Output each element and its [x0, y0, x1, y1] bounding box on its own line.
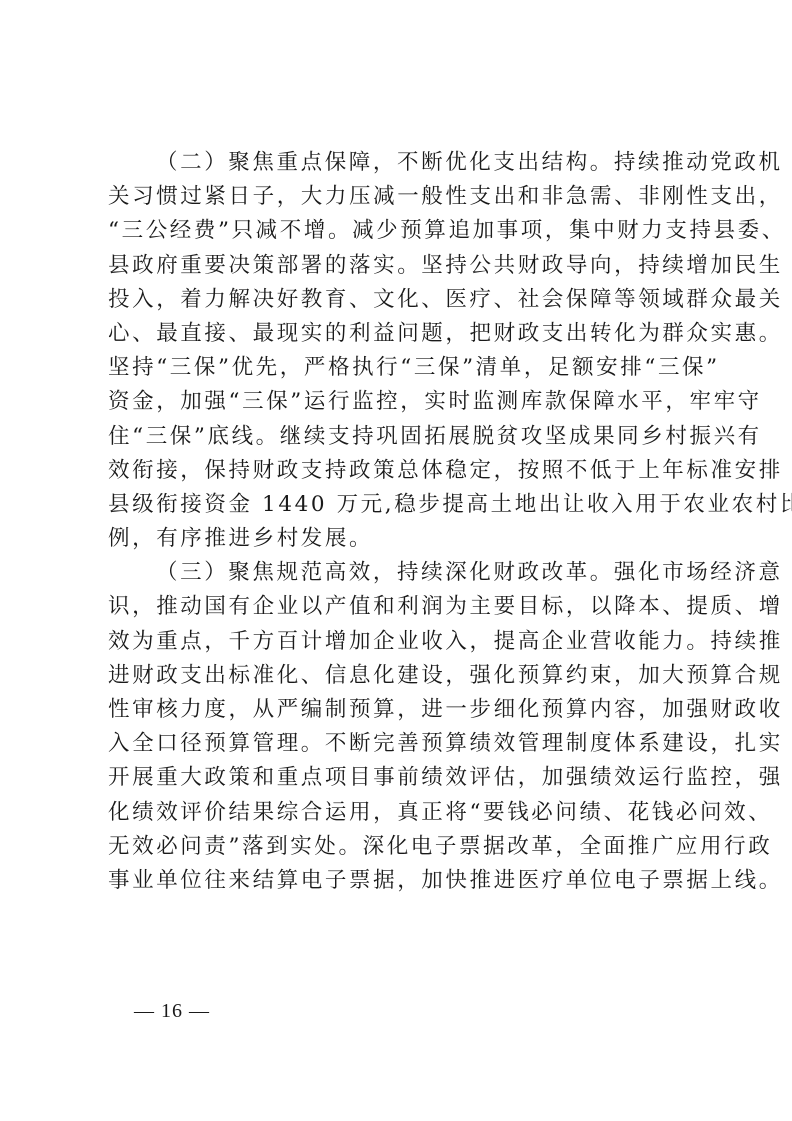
- text-line: 县政府重要决策部署的落实。坚持公共财政导向，持续增加民生: [108, 249, 694, 283]
- text-line: 心、最直接、最现实的利益问题，把财政支出转化为群众实惠。: [108, 317, 694, 351]
- paragraph-section-3: （三）聚焦规范高效，持续深化财政改革。强化市场经济意 识，推动国有企业以产值和利…: [108, 556, 694, 898]
- text-line: 化绩效评价结果综合运用，真正将“要钱必问绩、花钱必问效、: [108, 796, 694, 830]
- document-page: （二）聚焦重点保障，不断优化支出结构。持续推动党政机 关习惯过紧日子，大力压减一…: [0, 0, 792, 1121]
- text-line: （二）聚焦重点保障，不断优化支出结构。持续推动党政机: [108, 146, 694, 180]
- text-line: 住“三保”底线。继续支持巩固拓展脱贫攻坚成果同乡村振兴有: [108, 420, 694, 454]
- text-line: 进财政支出标准化、信息化建设，强化预算约束，加大预算合规: [108, 659, 694, 693]
- page-number: — 16 —: [134, 1000, 210, 1023]
- text-line: 坚持“三保”优先，严格执行“三保”清单，足额安排“三保”: [108, 351, 694, 385]
- text-line: 关习惯过紧日子，大力压减一般性支出和非急需、非刚性支出，: [108, 180, 694, 214]
- document-body: （二）聚焦重点保障，不断优化支出结构。持续推动党政机 关习惯过紧日子，大力压减一…: [108, 146, 694, 898]
- text-line: 效衔接，保持财政支持政策总体稳定，按照不低于上年标准安排: [108, 454, 694, 488]
- text-line: 资金，加强“三保”运行监控，实时监测库款保障水平，牢牢守: [108, 385, 694, 419]
- text-line: 入全口径预算管理。不断完善预算绩效管理制度体系建设，扎实: [108, 727, 694, 761]
- paragraph-section-2: （二）聚焦重点保障，不断优化支出结构。持续推动党政机 关习惯过紧日子，大力压减一…: [108, 146, 694, 556]
- text-line: （三）聚焦规范高效，持续深化财政改革。强化市场经济意: [108, 556, 694, 590]
- text-line: 效为重点，千方百计增加企业收入，提高企业营收能力。持续推: [108, 625, 694, 659]
- text-line: 性审核力度，从严编制预算，进一步细化预算内容，加强财政收: [108, 693, 694, 727]
- text-line: 开展重大政策和重点项目事前绩效评估，加强绩效运行监控，强: [108, 761, 694, 795]
- text-line: 无效必问责”落到实处。深化电子票据改革，全面推广应用行政: [108, 830, 694, 864]
- text-line: 县级衔接资金 1440 万元,稳步提高土地出让收入用于农业农村比: [108, 488, 694, 522]
- text-line: 识，推动国有企业以产值和利润为主要目标，以降本、提质、增: [108, 590, 694, 624]
- text-line: 事业单位往来结算电子票据，加快推进医疗单位电子票据上线。: [108, 864, 694, 898]
- text-line: 例，有序推进乡村发展。: [108, 522, 694, 556]
- text-line: 投入，着力解决好教育、文化、医疗、社会保障等领域群众最关: [108, 283, 694, 317]
- text-line: “三公经费”只减不增。减少预算追加事项，集中财力支持县委、: [108, 214, 694, 248]
